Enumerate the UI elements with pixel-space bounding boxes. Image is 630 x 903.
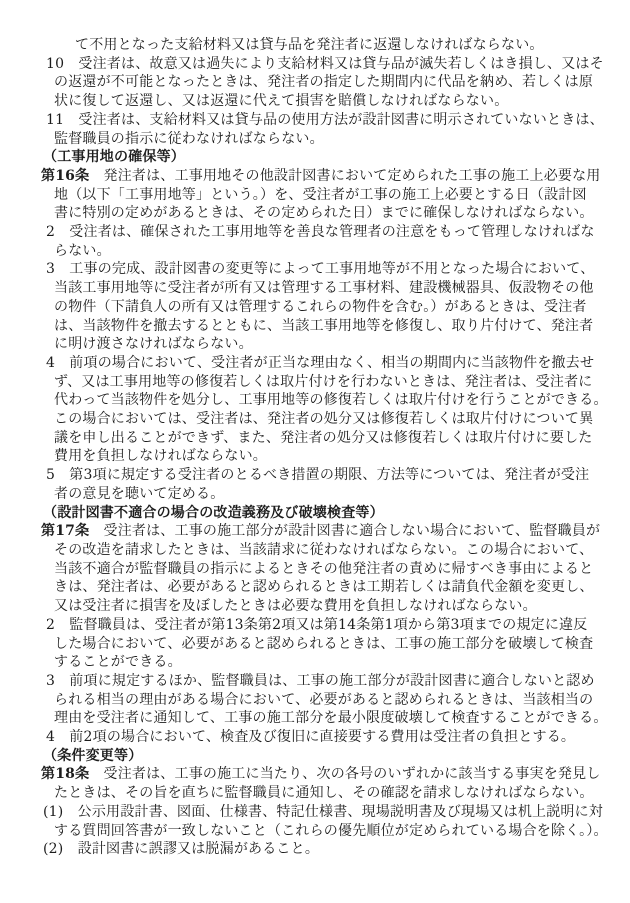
text-line: (1) 公示用設計書、図面、仕様書、特記仕様書、現場説明書及び現場又は机上説明に… [43, 803, 601, 822]
text-line: 地（以下「工事用地等」という。）を、受注者が工事の施工上必要とする日（設計図 [54, 186, 601, 205]
emphasis-text: 第16条 [41, 168, 89, 184]
text-line: することができる。 [54, 653, 601, 672]
text-line: 第16条 発注者は、工事用地その他設計図書において定められた工事の施工上必要な用 [41, 167, 601, 186]
text-line: 当該工事用地等に受注者が所有又は管理する工事材料、建設機械器具、仮設物その他 [54, 279, 601, 298]
text-line: 10 受注者は、故意又は過失により支給材料又は貸与品が滅失若しくはき損し、又はそ [46, 55, 601, 74]
emphasis-text: 第17条 [41, 523, 89, 539]
text-line: 者の意見を聴いて定める。 [54, 485, 601, 504]
text-line: 4 前2項の場合において、検査及び復旧に直接要する費用は受注者の負担とする。 [46, 728, 601, 747]
text-line: ず、又は工事用地等の修復若しくは取片付けを行わないときは、発注者は、受注者に [54, 373, 601, 392]
text-line: 5 第3項に規定する受注者のとるべき措置の期限、方法等については、発注者が受注 [46, 466, 601, 485]
text-line: に明け渡さなければならない。 [54, 335, 601, 354]
text-line: 4 前項の場合において、受注者が正当な理由なく、相当の期間内に当該物件を撤去せ [46, 354, 601, 373]
text-line: たときは、その旨を直ちに監督職員に通知し、その確認を請求しなければならない。 [54, 784, 601, 803]
text-line: 議を申し出ることができず、また、発注者の処分又は修復若しくは取片付けに要した [54, 429, 601, 448]
emphasis-text: （工事用地の確保等） [43, 149, 185, 165]
text-line: 状に復して返還し、又は返還に代えて損害を賠償しなければならない。 [54, 92, 601, 111]
document-body: て不用となった支給材料又は貸与品を発注者に返還しなければならない。10 受注者は… [41, 36, 601, 859]
text-line: は、当該物件を撤去するとともに、当該工事用地等を修復し、取り片付けて、発注者 [54, 317, 601, 336]
text-line: 2 監督職員は、受注者が第13条第2項又は第14条第1項から第3項までの規定に違… [46, 616, 601, 635]
text-line: （条件変更等） [43, 747, 601, 766]
text-line: （設計図書不適合の場合の改造義務及び破壊検査等） [43, 504, 601, 523]
text-line: その改造を請求したときは、当該請求に従わなければならない。この場合において、 [54, 541, 601, 560]
text-line: 代わって当該物件を処分し、工事用地等の修復若しくは取片付けを行うことができる。 [54, 391, 601, 410]
text-line: らない。 [54, 242, 601, 261]
text-line: 3 工事の完成、設計図書の変更等によって工事用地等が不用となった場合において、 [46, 260, 601, 279]
text-line: 11 受注者は、支給材料又は貸与品の使用方法が設計図書に明示されていないときは、 [46, 111, 601, 130]
text-line: この場合においては、受注者は、発注者の処分又は修復若しくは取片付けについて異 [54, 410, 601, 429]
emphasis-text: （条件変更等） [43, 748, 142, 764]
text-line: 当該不適合が監督職員の指示によるときその他発注者の責めに帰すべき事由によると [54, 560, 601, 579]
text-line: （工事用地の確保等） [43, 148, 601, 167]
text-line: 2 受注者は、確保された工事用地等を善良な管理者の注意をもって管理しなければな [46, 223, 601, 242]
text-line: きは、発注者は、必要があると認められるときは工期若しくは請負代金額を変更し、 [54, 578, 601, 597]
text-line: (2) 設計図書に誤謬又は脱漏があること。 [43, 840, 601, 859]
text-line: 監督職員の指示に従わなければならない。 [54, 130, 601, 149]
text-line: 第17条 受注者は、工事の施工部分が設計図書に適合しない場合において、監督職員が [41, 522, 601, 541]
text-line: の物件（下請負人の所有又は管理するこれらの物件を含む。）があるときは、受注者 [54, 298, 601, 317]
text-line: 第18条 受注者は、工事の施工に当たり、次の各号のいずれかに該当する事実を発見し [41, 765, 601, 784]
emphasis-text: （設計図書不適合の場合の改造義務及び破壊検査等） [43, 505, 384, 521]
text-line: する質問回答書が一致しないこと（これらの優先順位が定められている場合を除く。）。 [54, 822, 601, 841]
text-line: 又は受注者に損害を及ぼしたときは必要な費用を負担しなければならない。 [54, 597, 601, 616]
text-line: 3 前項に規定するほか、監督職員は、工事の施工部分が設計図書に適合しないと認め [46, 672, 601, 691]
text-line: られる相当の理由がある場合において、必要があると認められるときは、当該相当の [54, 691, 601, 710]
text-line: て不用となった支給材料又は貸与品を発注者に返還しなければならない。 [75, 36, 601, 55]
text-line: の返還が不可能となったときは、発注者の指定した期間内に代品を納め、若しくは原 [54, 73, 601, 92]
emphasis-text: 第18条 [41, 766, 89, 782]
contract-document-page: て不用となった支給材料又は貸与品を発注者に返還しなければならない。10 受注者は… [0, 0, 630, 903]
text-line: 書に特別の定めがあるときは、その定められた日）までに確保しなければならない。 [54, 204, 601, 223]
text-line: 理由を受注者に通知して、工事の施工部分を最小限度破壊して検査することができる。 [54, 709, 601, 728]
text-line: 費用を負担しなければならない。 [54, 447, 601, 466]
text-line: した場合において、必要があると認められるときは、工事の施工部分を破壊して検査 [54, 635, 601, 654]
